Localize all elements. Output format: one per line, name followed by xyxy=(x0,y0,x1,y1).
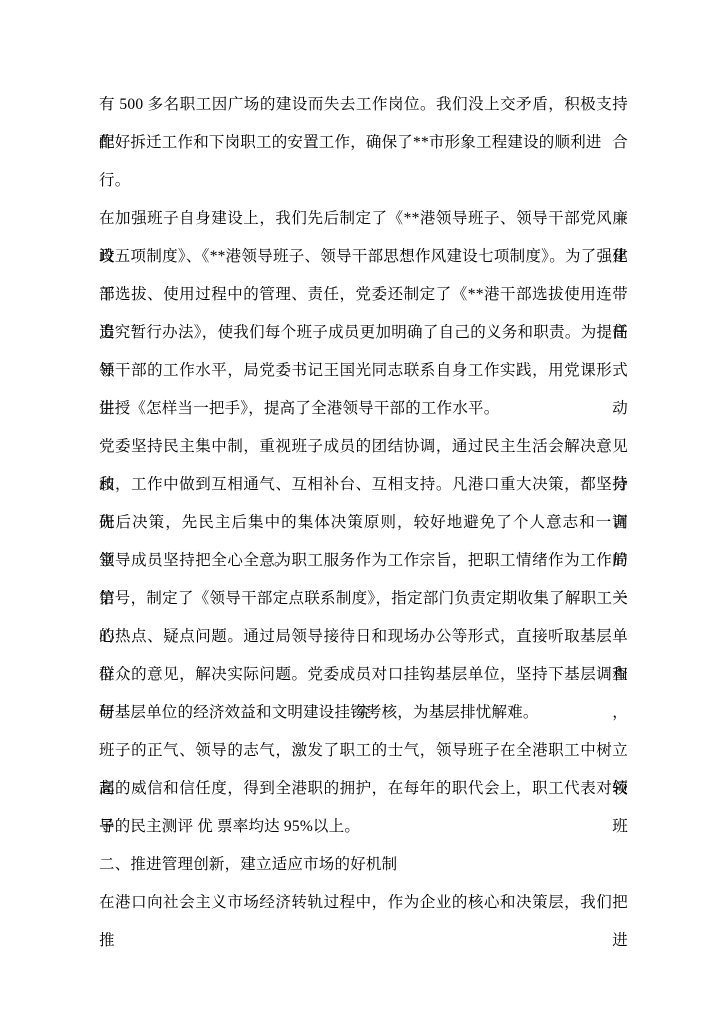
text-line: 歧，工作中做到互相通气、互相补台、互相支持。凡港口重大决策，都坚持先调 xyxy=(99,466,628,504)
text-line: 在加强班子自身建设上，我们先后制定了《**港领导班子、领导干部党风廉政建 xyxy=(99,200,628,238)
text-line: 部选拔、使用过程中的管理、责任，党委还制定了《**港干部选拔使用连带责任 xyxy=(99,276,628,314)
text-line: 在港口向社会主义市场经济转轨过程中，作为企业的核心和决策层，我们把推进 xyxy=(99,884,628,922)
blank-line xyxy=(99,162,628,200)
blank-line-spacer xyxy=(99,162,628,200)
text-line: 群众的意见，解决实际问题。党委成员对口挂钩基层单位，坚持下基层调查研究， xyxy=(99,656,628,694)
paragraph: 班子的正气、领导的志气，激发了职工的士气，领导班子在全港职工中树立起较高的威信和… xyxy=(99,732,628,846)
text-line: 信号，制定了《领导干部定点联系制度》，指定部门负责定期收集了解职工关心 xyxy=(99,580,628,618)
text-line: 导干部的工作水平，局党委书记王国光同志联系自身工作实践，用党课形式生动 xyxy=(99,352,628,390)
text-line: 追究暂行办法》，使我们每个班子成员更加明确了自己的义务和职责。为提高领 xyxy=(99,314,628,352)
text-line: 高的威信和信任度，得到全港职的拥护，在每年的职代会上，职工代表对领导班 xyxy=(99,770,628,808)
document-page: 有 500 多名职工因广场的建设而失去工作岗位。我们没上交矛盾，积极支持配合作好… xyxy=(0,0,721,1020)
heading-line: 二、推进管理创新，建立适应市场的好机制 xyxy=(99,846,628,884)
section-heading: 二、推进管理创新，建立适应市场的好机制 xyxy=(99,846,628,884)
paragraph: 在港口向社会主义市场经济转轨过程中，作为企业的核心和决策层，我们把推进 xyxy=(99,884,628,922)
paragraph: 有 500 多名职工因广场的建设而失去工作岗位。我们没上交矛盾，积极支持配合作好… xyxy=(99,86,628,162)
text-line: 作好拆迁工作和下岗职工的安置工作，确保了**市形象工程建设的顺利进行。 xyxy=(99,124,628,162)
text-line: 设五项制度》、《**港领导班子、领导干部思想作风建设七项制度》。为了强化干 xyxy=(99,238,628,276)
paragraph: 在加强班子自身建设上，我们先后制定了《**港领导班子、领导干部党风廉政建设五项制… xyxy=(99,200,628,428)
text-line: 领导成员坚持把全心全意为职工服务作为工作宗旨，把职工情绪作为工作的第一 xyxy=(99,542,628,580)
text-line: 的热点、疑点问题。通过局领导接待日和现场办公等形式，直接听取基层单位和 xyxy=(99,618,628,656)
document-body: 有 500 多名职工因广场的建设而失去工作岗位。我们没上交矛盾，积极支持配合作好… xyxy=(99,86,628,922)
paragraph: 党委坚持民主集中制，重视班子成员的团结协调，通过民主生活会解决意见和分歧，工作中… xyxy=(99,428,628,732)
text-line: 党委坚持民主集中制，重视班子成员的团结协调，通过民主生活会解决意见和分 xyxy=(99,428,628,466)
text-line: 研后决策，先民主后集中的集体决策原则，较好地避免了个人意志和一言堂。 局 xyxy=(99,504,628,542)
text-line: 有 500 多名职工因广场的建设而失去工作岗位。我们没上交矛盾，积极支持配合 xyxy=(99,86,628,124)
text-line: 班子的正气、领导的志气，激发了职工的士气，领导班子在全港职工中树立起较 xyxy=(99,732,628,770)
